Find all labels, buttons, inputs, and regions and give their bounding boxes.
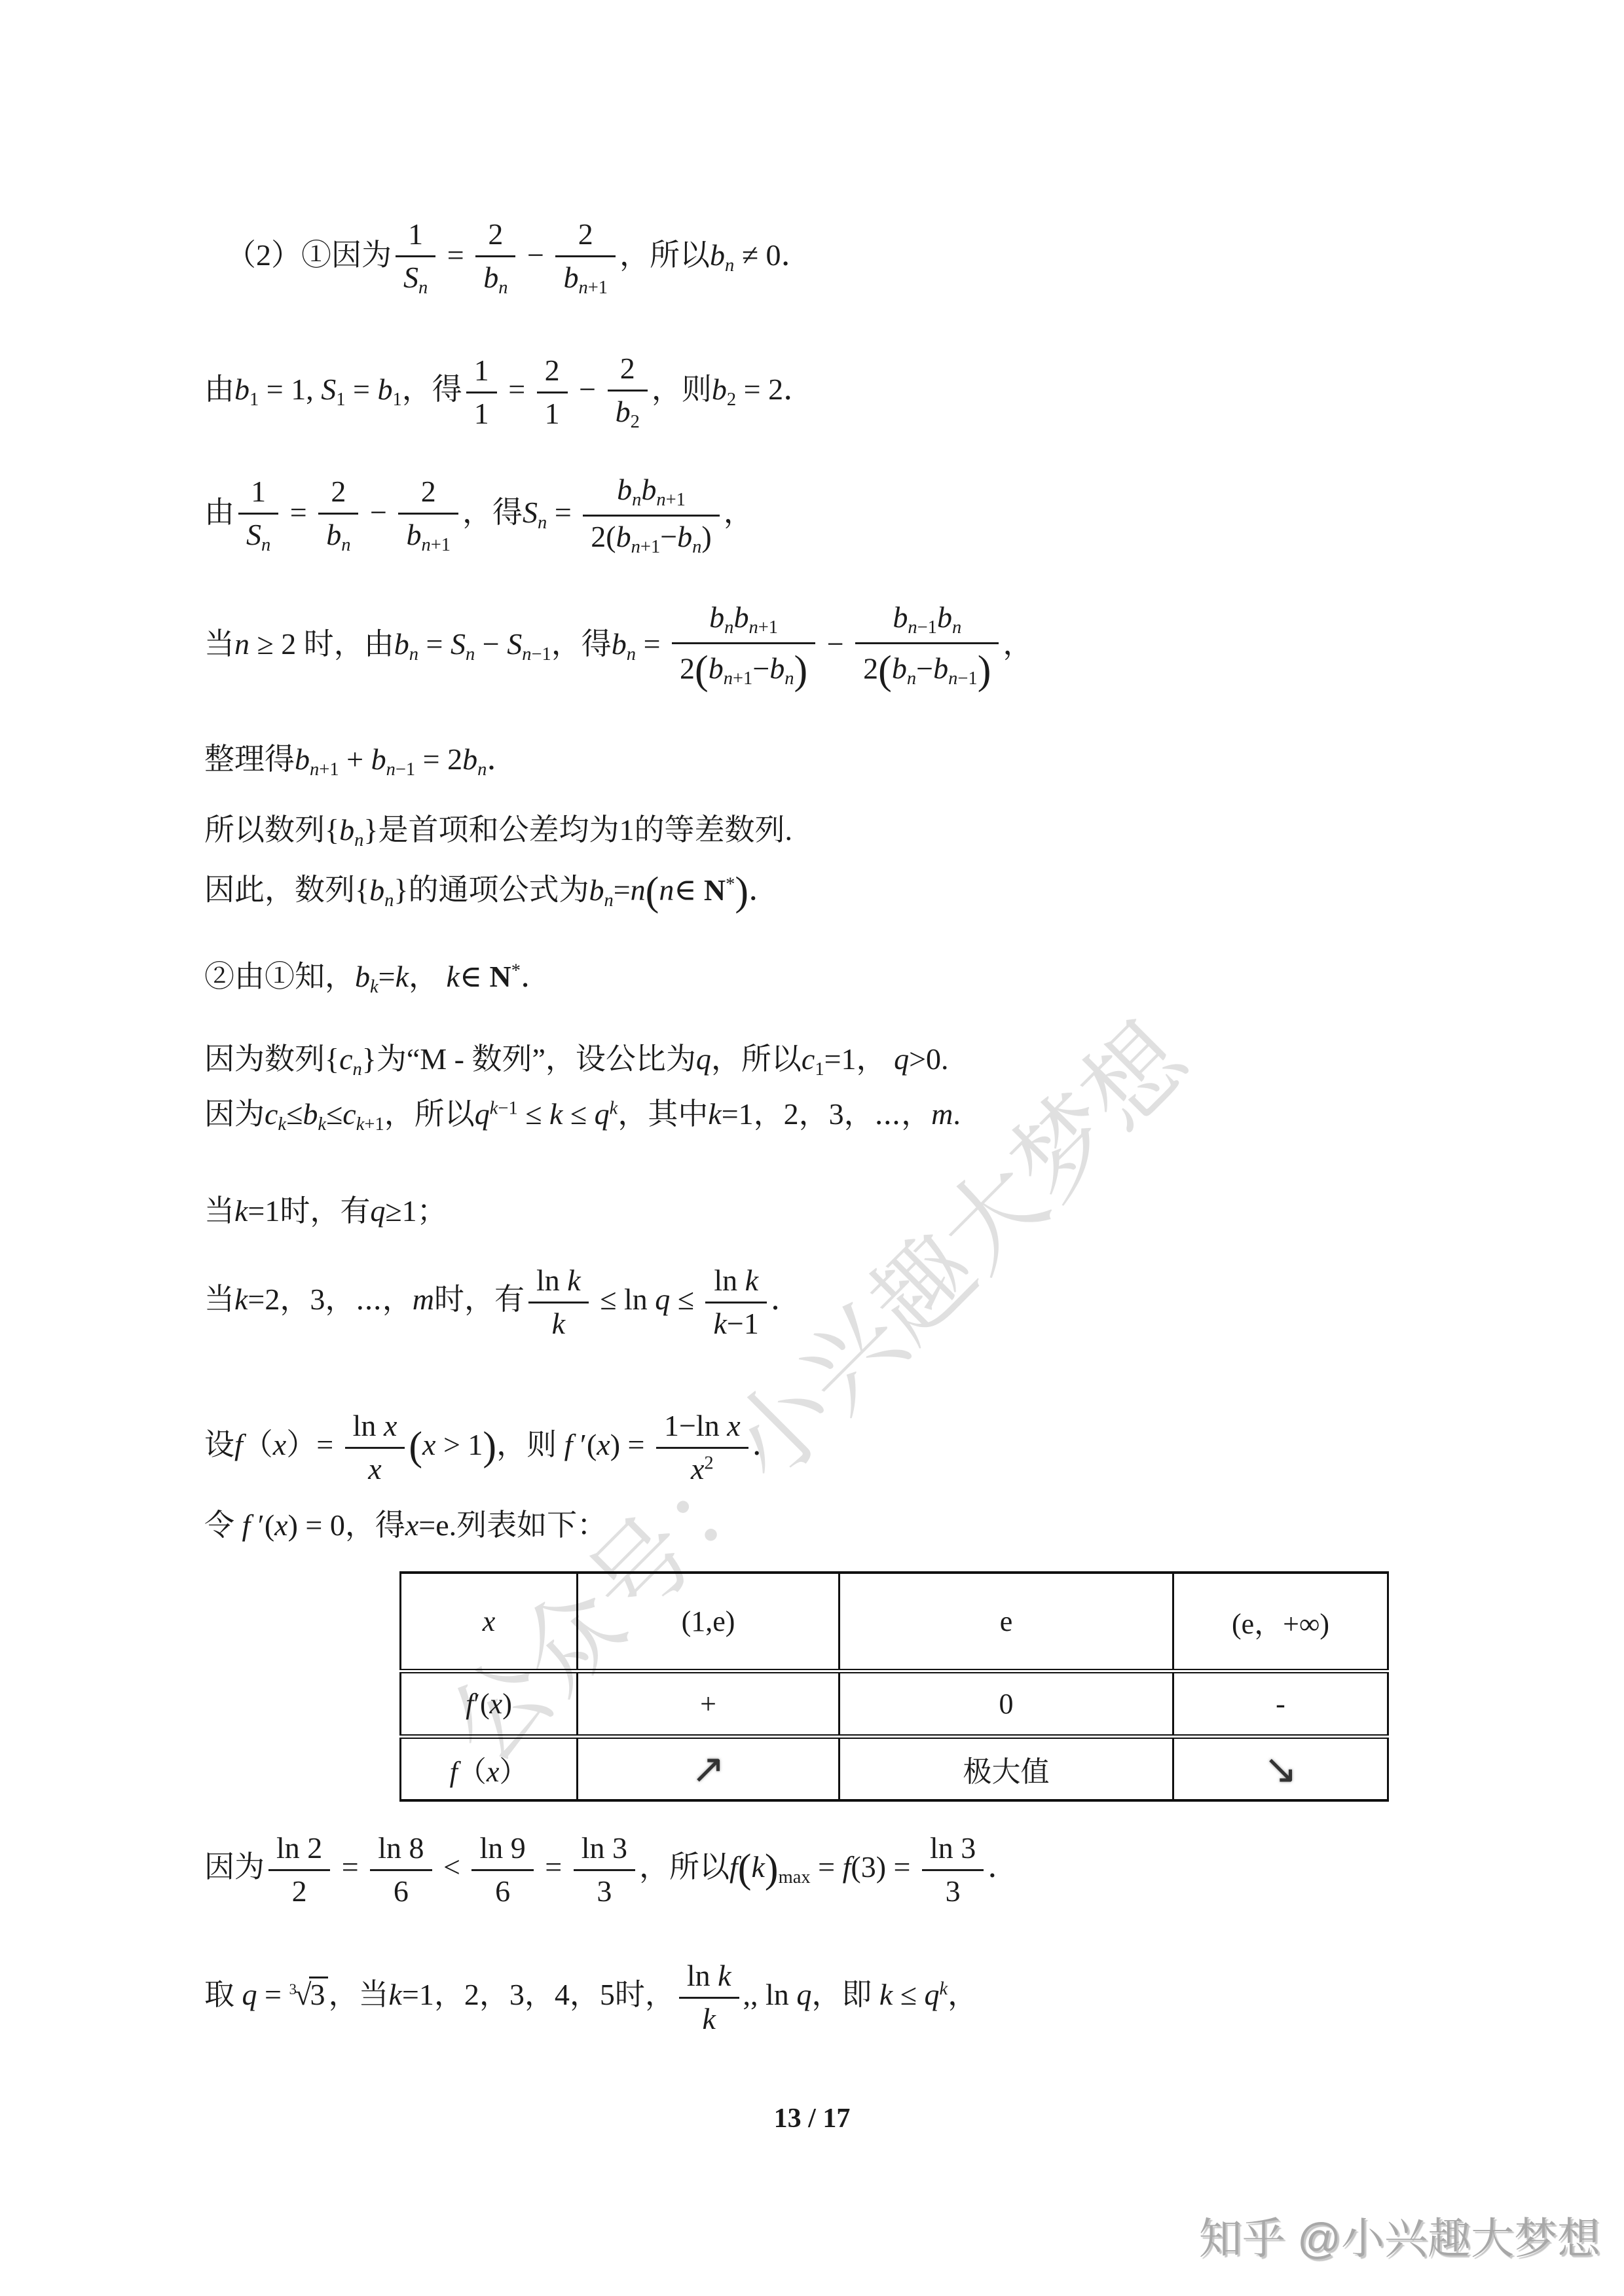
math-t: ≤ <box>893 1978 924 2011</box>
table-cell-zero: 0 <box>840 1671 1173 1736</box>
math-sub: k <box>278 1114 286 1135</box>
math-i: x <box>487 1756 500 1788</box>
math-t: ，其中 <box>618 1097 708 1131</box>
math-i: n <box>477 759 487 780</box>
math-t: = <box>614 873 631 907</box>
math-i: b <box>892 651 907 685</box>
math-num: 1 <box>238 473 278 515</box>
math-t: =e.列表如下： <box>418 1508 607 1542</box>
math-t: ②由①知， <box>204 960 355 993</box>
math-t: − <box>752 651 769 685</box>
math-frac: 1−ln xx2 <box>656 1408 748 1488</box>
math-i: x <box>490 1688 503 1720</box>
math-base: b <box>937 600 952 634</box>
math-t: −1 <box>498 1098 517 1118</box>
math-t: ≥1； <box>385 1194 447 1228</box>
math-t: − <box>916 651 933 685</box>
math-scr: bk <box>303 1097 326 1131</box>
math-t: >0. <box>909 1042 948 1076</box>
math-frac: ln kk <box>679 1958 739 2038</box>
math-sub: n+1 <box>724 669 753 689</box>
math-t: − <box>362 496 394 529</box>
math-i: n <box>578 278 587 298</box>
math-t: ， <box>724 496 754 529</box>
math-scr: cn <box>339 1042 362 1076</box>
math-sub: n−1 <box>908 617 937 638</box>
math-base: b <box>483 261 498 294</box>
math-t: ≤ <box>563 1097 594 1131</box>
math-t: ln 8 <box>378 1831 424 1865</box>
math-line-5: 整理得bn+1 + bn−1 = 2bn． <box>204 740 517 782</box>
math-scr: Sn <box>246 518 270 551</box>
math-scr: bn+1 <box>641 473 686 506</box>
math-sub: n <box>907 669 916 689</box>
math-t: = <box>345 373 377 406</box>
math-t: ，即 <box>811 1978 879 2011</box>
math-i: n <box>261 535 270 555</box>
math-sub: k+1 <box>356 1114 384 1135</box>
math-i: k <box>718 1959 731 1992</box>
math-t: ，得 <box>551 627 612 661</box>
math-t: +1 <box>588 278 608 298</box>
math-i: b <box>589 873 604 907</box>
math-i: x <box>273 1428 286 1461</box>
math-base: S <box>321 373 336 406</box>
math-t: ln <box>687 1959 718 1992</box>
math-frac: 2bn+1 <box>555 216 616 301</box>
math-i: q <box>595 1097 610 1131</box>
math-i: k <box>447 960 460 993</box>
math-num: 2 <box>608 350 648 392</box>
math-scr: qk−1 <box>475 1097 518 1131</box>
math-base: N <box>704 873 726 907</box>
math-line-10: 因为ck≤bk≤ck+1，所以qk−1 ≤ k ≤ qk，其中k=1，2，3，⋯… <box>204 1095 961 1137</box>
math-scr: bn <box>339 813 363 847</box>
math-t: ，当 <box>328 1978 388 2011</box>
math-i: k <box>939 1978 948 1999</box>
math-t: + <box>700 1688 716 1720</box>
math-frac: 2bn+1 <box>398 473 458 558</box>
math-i: c <box>802 1042 815 1076</box>
math-num: 2 <box>318 473 358 515</box>
math-t: ． <box>748 873 779 907</box>
math-base: b <box>709 651 724 685</box>
math-big: ) <box>735 869 748 914</box>
math-frac: 2bn <box>318 473 358 558</box>
math-i: n <box>421 535 430 555</box>
math-scr: bn <box>589 873 613 907</box>
zhihu-watermark: 知乎 @小兴趣大梦想 <box>1199 2204 1600 2266</box>
math-t: =2，3，⋯， <box>248 1283 412 1316</box>
math-t: 2 <box>727 390 736 410</box>
math-i: k <box>751 1850 764 1884</box>
math-line-11: 当k=1时，有q≥1； <box>204 1192 447 1231</box>
table-cell-decreasing: ↘ <box>1173 1736 1388 1800</box>
math-den: 1 <box>537 393 568 433</box>
math-num: 1 <box>466 352 497 393</box>
math-num: ln x <box>345 1408 405 1449</box>
math-num: 1 <box>396 216 435 257</box>
math-i: x <box>727 1409 740 1442</box>
math-i: n <box>724 617 733 638</box>
math-big: ) <box>765 1846 779 1891</box>
math-i: b <box>326 518 341 551</box>
math-sup: * <box>511 960 521 981</box>
math-t: > 1 <box>435 1428 483 1461</box>
math-i: n <box>353 1059 362 1080</box>
math-t: 由 <box>204 373 234 406</box>
math-base: b <box>462 742 477 776</box>
math-frac: ln kk−1 <box>705 1262 766 1343</box>
math-i: k <box>745 1264 758 1297</box>
math-i: n <box>948 669 957 689</box>
math-sub: n <box>692 537 701 557</box>
math-base: b <box>677 520 692 553</box>
math-i: k <box>879 1978 893 2011</box>
math-base: b <box>339 813 354 847</box>
math-i: n <box>418 278 428 298</box>
math-sub: n+1 <box>421 535 451 555</box>
math-i: q <box>655 1283 670 1316</box>
math-scr: bn+1 <box>616 520 661 553</box>
math-t: 2 <box>331 475 346 508</box>
math-i: b <box>709 600 724 634</box>
math-big: ( <box>738 1846 752 1891</box>
math-line-9: 因为数列{cn}为“M - 数列”，设公比为q，所以c1=1， q>0. <box>204 1040 949 1082</box>
math-t: =1， <box>824 1042 894 1076</box>
math-base: x <box>691 1452 704 1485</box>
math-t: −1 <box>727 1307 759 1340</box>
math-num: 2 <box>555 216 616 257</box>
table-row: f（x） ↗ 极大值 ↘ <box>401 1736 1388 1800</box>
math-i: b <box>303 1097 318 1131</box>
math-i: q <box>370 1194 385 1228</box>
math-i: f <box>234 1428 243 1461</box>
math-scr: bn−1 <box>371 742 416 776</box>
math-t: ≤ <box>670 1283 701 1316</box>
page-number: 13 / 17 <box>0 2103 1624 2134</box>
math-base: b <box>769 651 784 685</box>
math-i: q <box>696 1042 711 1076</box>
math-line-8: ②由①知，bk=k， k∈ N*． <box>204 957 551 999</box>
math-base: S <box>523 496 538 529</box>
math-t: ≠ 0． <box>734 238 811 272</box>
math-scr: Sn <box>523 496 547 529</box>
math-frac: ln kk <box>528 1262 589 1343</box>
math-i: f <box>242 1508 251 1542</box>
math-den: 2(bn+1−bn) <box>672 644 815 695</box>
math-t: }为“M - 数列”，设公比为 <box>362 1042 696 1076</box>
math-num: bnbn+1 <box>672 599 815 644</box>
math-i: n <box>632 490 641 510</box>
math-i: S <box>523 496 538 529</box>
math-t: − <box>819 627 851 661</box>
math-frac: bn−1bn2(bn−bn−1) <box>855 599 999 695</box>
math-i: b <box>462 742 477 776</box>
math-i: c <box>342 1097 356 1131</box>
math-i: n <box>538 513 547 533</box>
math-num: ln 8 <box>370 1830 432 1871</box>
math-frac: ln 33 <box>922 1830 984 1910</box>
math-big: ( <box>878 648 892 693</box>
math-i: n <box>631 537 640 557</box>
math-scr: Sn <box>403 261 428 294</box>
arrow-down-right-icon: ↘ <box>1264 1745 1298 1793</box>
math-t: ≤ <box>518 1097 549 1131</box>
math-line-14: 令 f ′(x) = 0，得x=e.列表如下： <box>204 1506 607 1545</box>
math-frac: 11 <box>466 352 497 433</box>
math-t: 1 <box>474 397 489 430</box>
math-i: q <box>894 1042 909 1076</box>
math-i: m <box>413 1283 434 1316</box>
math-i: b <box>712 373 727 406</box>
math-i: n <box>952 617 961 638</box>
math-t: − <box>475 627 507 661</box>
math-line-2: 由b1 = 1, S1 = b1，得11 = 21 − 2b2，则b2 = 2． <box>204 350 813 435</box>
math-t: − <box>519 238 551 272</box>
math-t: 3 <box>310 1978 325 2011</box>
math-i: k <box>356 1114 365 1135</box>
math-t: ． <box>521 960 551 993</box>
math-i: b <box>234 373 249 406</box>
math-i: q <box>475 1097 490 1131</box>
math-t: 1 <box>336 390 345 410</box>
math-t: ) <box>701 520 711 553</box>
math-i: q <box>796 1978 811 2011</box>
math-t: 2 <box>631 412 640 432</box>
math-i: n <box>604 890 613 911</box>
math-sub: n+1 <box>578 278 608 298</box>
math-base: S <box>507 627 522 661</box>
math-scr: bk <box>355 960 378 993</box>
math-num: ln 9 <box>471 1830 533 1871</box>
math-scr: bn <box>892 651 916 685</box>
math-t: +1 <box>640 537 660 557</box>
math-sub: n <box>724 617 733 638</box>
math-i: n <box>498 278 507 298</box>
math-base: c <box>339 1042 352 1076</box>
math-frac: bnbn+12(bn+1−bn) <box>583 471 719 560</box>
math-i: m <box>931 1097 953 1131</box>
math-i: S <box>246 518 261 551</box>
math-i: n <box>907 669 916 689</box>
math-frac: ln xx <box>345 1408 405 1488</box>
math-sub: n+1 <box>748 617 778 638</box>
math-t: − <box>572 373 604 406</box>
math-scr: c1 <box>802 1042 824 1076</box>
monotonicity-table: x (1,e) e (e，+∞) f′(x) + 0 - f（x） ↗ 极大值 … <box>399 1571 1389 1802</box>
math-line-7: 因此，数列{bn}的通项公式为bn=n(n∈ N*)． <box>204 866 779 919</box>
math-b: N <box>704 873 726 907</box>
math-scr: b1 <box>377 373 401 406</box>
math-i: b <box>377 373 392 406</box>
math-t: = <box>439 238 471 272</box>
math-i: n <box>659 873 674 907</box>
math-num: ln 3 <box>574 1830 635 1871</box>
math-scr: bn−1 <box>933 651 978 685</box>
math-sup: k−1 <box>490 1098 518 1118</box>
math-sub: n <box>604 890 613 911</box>
math-t: * <box>726 874 735 894</box>
math-sub: n <box>784 669 794 689</box>
math-sub: k <box>370 977 378 997</box>
math-scr: Sn <box>451 627 475 661</box>
math-i: x <box>483 1605 496 1637</box>
math-t: 2 <box>704 1453 713 1473</box>
math-i: b <box>937 600 952 634</box>
math-den: Sn <box>396 257 435 301</box>
math-scr: bn <box>937 600 961 634</box>
math-i: b <box>483 261 498 294</box>
math-sub: n <box>409 644 418 665</box>
math-t: 2 <box>680 651 695 685</box>
math-t: (1,e) <box>682 1605 735 1637</box>
math-den: 2(bn−bn−1) <box>855 644 999 695</box>
math-t: +1 <box>431 535 451 555</box>
math-i: x <box>422 1428 435 1461</box>
math-t: ′( <box>250 1508 274 1542</box>
math-i: n <box>784 669 794 689</box>
math-num: bnbn+1 <box>583 471 719 517</box>
math-frac: 1Sn <box>396 216 435 301</box>
math-i: f <box>564 1428 573 1461</box>
math-scr: bn+1 <box>406 518 451 551</box>
math-sub: 2 <box>727 390 736 410</box>
math-scr: bn <box>709 600 733 634</box>
math-den: bn <box>475 257 515 301</box>
math-i: k <box>388 1978 401 2011</box>
math-sub: n+1 <box>656 490 686 510</box>
math-i: n <box>908 617 917 638</box>
math-i: q <box>242 1978 257 2011</box>
math-i: b <box>641 473 656 506</box>
math-sub: n+1 <box>310 759 339 780</box>
math-t: ） <box>499 1756 528 1788</box>
math-t: ． <box>752 1428 783 1461</box>
math-t: 1 <box>474 354 489 387</box>
math-i: b <box>709 651 724 685</box>
math-base: b <box>377 373 392 406</box>
math-t: 2 <box>578 217 593 251</box>
math-t: ，所以 <box>639 1850 729 1884</box>
math-t: ,, ln <box>743 1978 797 2011</box>
table-row: x (1,e) e (e，+∞) <box>401 1573 1388 1671</box>
math-t: * <box>511 960 521 981</box>
math-base: q <box>924 1978 939 2011</box>
math-scr: bn <box>612 627 636 661</box>
math-scr: b2 <box>712 373 736 406</box>
math-i: b <box>616 395 631 428</box>
math-t: +1 <box>733 669 752 689</box>
math-i: q <box>924 1978 939 2011</box>
math-scr: bn <box>326 518 350 551</box>
math-base: b <box>589 873 604 907</box>
math-t: ≤ <box>286 1097 303 1131</box>
math-big: ( <box>409 1424 422 1468</box>
math-base: b <box>295 742 310 776</box>
math-sub: 1 <box>249 390 259 410</box>
math-i: f <box>843 1850 851 1884</box>
math-base: b <box>369 873 384 907</box>
math-t: + <box>339 742 371 776</box>
math-den: 2(bn+1−bn) <box>583 517 719 560</box>
math-line-13: 设f（x）= ln xx(x > 1)，则 f ′(x) = 1−ln xx2． <box>204 1408 783 1488</box>
math-t: ）= <box>286 1428 341 1461</box>
math-i: b <box>710 238 725 272</box>
math-i: n <box>656 490 665 510</box>
math-frac: ln 86 <box>370 1830 432 1910</box>
math-scr: bn <box>462 742 487 776</box>
math-big: ) <box>483 1424 496 1468</box>
math-i: f <box>729 1850 738 1884</box>
math-i: k <box>318 1114 326 1135</box>
math-t: 2 <box>488 217 503 251</box>
math-line-1: （2）①因为1Sn = 2bn − 2bn+1，所以bn ≠ 0． <box>226 216 811 301</box>
math-t: ． <box>987 1850 1018 1884</box>
math-scr: bn <box>483 261 507 294</box>
math-base: b <box>616 395 631 428</box>
math-frac: ln 33 <box>574 1830 635 1910</box>
math-scr: qk <box>595 1097 618 1131</box>
math-t: 由 <box>204 496 234 529</box>
math-frac: 21 <box>537 352 568 433</box>
math-frac: bnbn+12(bn+1−bn) <box>672 599 815 695</box>
math-base: b <box>641 473 656 506</box>
math-t: e <box>1000 1605 1013 1637</box>
math-i: b <box>933 651 948 685</box>
math-t: （2）①因为 <box>226 238 392 272</box>
math-t: +1 <box>666 490 686 510</box>
math-i: b <box>616 520 631 553</box>
math-sub: n <box>353 1059 362 1080</box>
math-den: k <box>528 1303 589 1343</box>
math-den: b2 <box>608 392 648 435</box>
math-num: 2 <box>537 352 568 393</box>
math-scr: bn+1 <box>563 261 608 294</box>
math-t: ≤ ln <box>593 1283 655 1316</box>
math-i: b <box>295 742 310 776</box>
math-i: S <box>321 373 336 406</box>
math-t: ln <box>536 1264 567 1297</box>
math-sub: n <box>725 255 734 276</box>
math-t: 6 <box>495 1874 510 1908</box>
math-t: 因此，数列{ <box>204 873 369 907</box>
math-t: - <box>1276 1688 1285 1720</box>
math-i: k <box>370 977 378 997</box>
math-line-12: 当k=2，3，⋯，m时，有ln kk ≤ ln q ≤ ln kk−1． <box>204 1262 801 1343</box>
math-t: ′( <box>473 1688 489 1720</box>
math-i: n <box>627 644 636 665</box>
math-i: k <box>708 1097 721 1131</box>
math-sub: n <box>341 535 350 555</box>
math-i: x <box>368 1452 381 1485</box>
math-t: 所以数列{ <box>204 813 339 847</box>
math-t: 取 <box>204 1978 242 2011</box>
math-rad: 3√3 <box>289 1978 328 2011</box>
math-sub: 1 <box>392 390 401 410</box>
math-t: ，所以 <box>384 1097 475 1131</box>
math-t: 1 <box>815 1059 824 1080</box>
math-sub: n <box>952 617 961 638</box>
math-i: S <box>403 261 418 294</box>
math-sub: n+1 <box>631 537 661 557</box>
math-i: b <box>339 813 354 847</box>
math-t: = 2 <box>415 742 462 776</box>
math-i: k <box>234 1194 248 1228</box>
math-t: ′( <box>572 1428 597 1461</box>
math-i: x <box>405 1508 418 1542</box>
math-t: +1 <box>364 1114 384 1135</box>
